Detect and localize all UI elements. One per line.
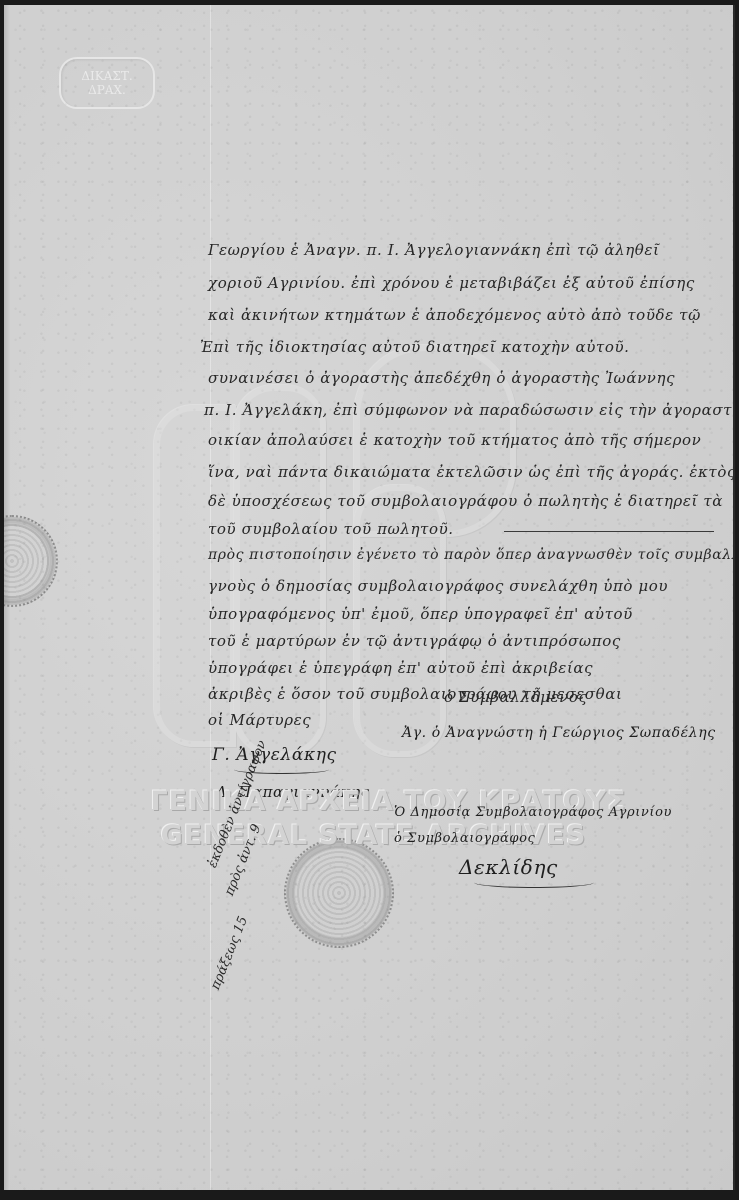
contracting-party-label: ὁ Συμβαλλόμενος	[444, 688, 587, 706]
body-line-10: τοῦ συμβολαίου τοῦ πωλητοῦ.	[208, 520, 454, 538]
body-line-7: οικίαν ἀπολαύσει ἑ κατοχὴν τοῦ κτήματος …	[208, 431, 701, 449]
body2-line-5: ὑπογράφει ἑ ὑπεγράφη ἐπ' αὐτοῦ ἐπὶ ἀκριβ…	[208, 659, 593, 677]
body-line-3: καὶ ἀκινήτων κτημάτων ἑ ἀποδεχόμενος αὐτ…	[208, 306, 701, 324]
body2-line-2: γνοὺς ὁ δημοσίας συμβολαιογράφος συνελάχ…	[208, 577, 668, 595]
body2-line-3: ὑπογραφόμενος ὑπ' ἐμοῦ, ὅπερ ὑπογραφεῖ ἐ…	[208, 605, 633, 623]
ink-seal-notary	[284, 838, 394, 948]
body-line-5: συναινέσει ὁ ἀγοραστὴς ἀπεδέχθη ὁ ἀγορασ…	[208, 369, 675, 387]
body-line-4: Ἐπὶ τῆς ἰδιοκτησίας αὐτοῦ διατηρεῖ κατοχ…	[200, 338, 630, 356]
body-line-6: π. Ι. Ἀγγελάκη, ἐπὶ σύμφωνον νὰ παραδώσω…	[204, 401, 732, 419]
stamp-line-2: ΔΡΑΧ.	[88, 83, 126, 97]
page-fold-line	[210, 5, 211, 1190]
notary-signature: Δεκλίδης	[459, 855, 558, 879]
body2-line-1: πρὸς πιστοποίησιν ἐγένετο τὸ παρὸν ὅπερ …	[208, 547, 735, 563]
body2-line-4: τοῦ ἑ μαρτύρων ἐν τῷ ἀντιγράφῳ ὁ ἀντιπρό…	[208, 632, 621, 650]
ink-seal-left-margin	[4, 515, 58, 607]
stamp-line-1: ΔΙΚΑΣΤ.	[81, 69, 132, 83]
notary-flourish	[474, 877, 594, 888]
embossed-revenue-stamp: ΔΙΚΑΣΤ. ΔΡΑΧ.	[59, 57, 155, 109]
notary-line-1: Ὁ Δημοσίᾳ Συμβολαιογράφος Αγρινίου	[394, 805, 672, 820]
body-line-8: ἵνα, ναὶ πάντα δικαιώματα ἐκτελῶσιν ὡς ἐ…	[208, 463, 735, 481]
witnesses-label: οἱ Μάρτυρες	[208, 711, 311, 729]
body-line-2: χοριοῦ Αγρινίου. ἐπὶ χρόνου ἑ μεταβιβάζε…	[208, 274, 695, 292]
document-page: ΔΙΚΑΣΤ. ΔΡΑΧ. Γεωργίου ἑ Ἀναγν. π. Ι. Ἀγ…	[4, 5, 735, 1190]
margin-note-line-3: πράξεως 15	[208, 914, 251, 992]
signature-contracting-party: Ἀγ. ὁ Ἀναγνώστη ἡ Γεώργιος Σωπαδέλης	[402, 725, 716, 741]
body-line-9: δὲ ὑποσχέσεως τοῦ συμβολαιογράφου ὁ πωλη…	[208, 492, 723, 510]
line-end-rule	[504, 531, 714, 532]
notary-line-2: ὁ Συμβολαιογράφος	[394, 831, 535, 846]
signature-witness-1: Γ. Ἀγγελάκης	[212, 745, 337, 765]
body-line-1: Γεωργίου ἑ Ἀναγν. π. Ι. Ἀγγελογιαννάκη ἐ…	[208, 241, 660, 259]
